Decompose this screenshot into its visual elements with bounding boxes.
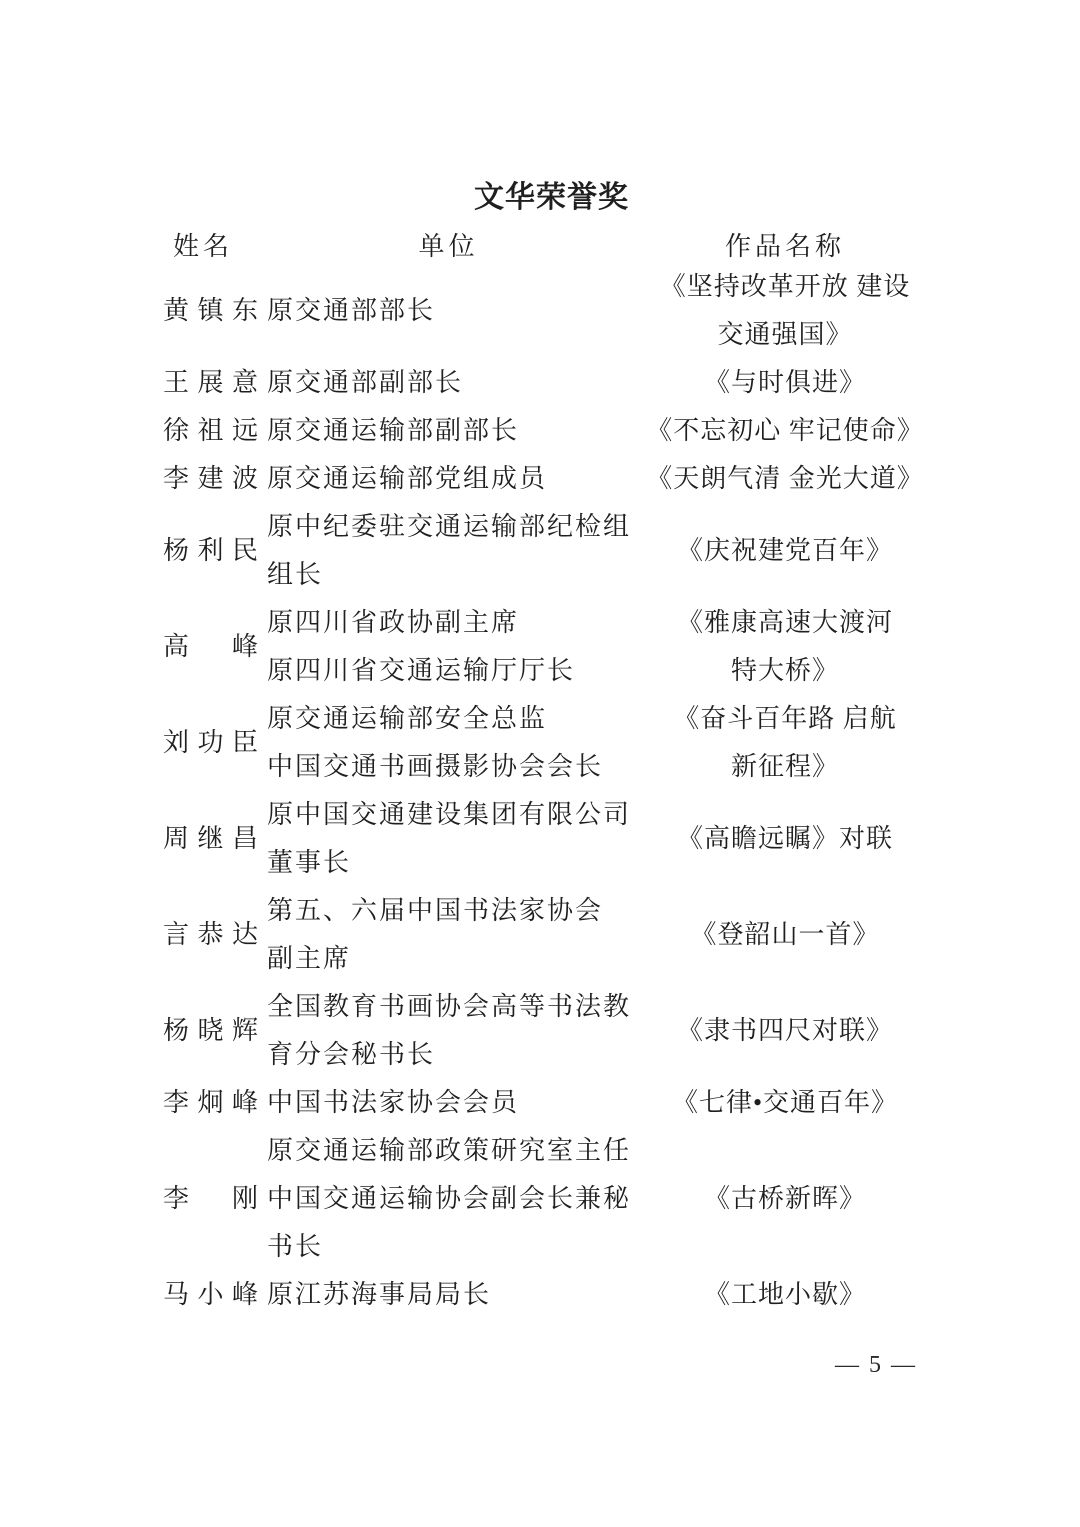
column-header-work: 作品名称 [630,226,940,263]
work-cell: 《庆祝建党百年》 [630,527,940,575]
table-row: 刘功臣 原交通运输部安全总监中国交通书画摄影协会会长 《奋斗百年路 启航新征程》 [163,695,940,791]
work-line: 《庆祝建党百年》 [630,527,940,575]
unit-cell: 中国书法家协会会员 [267,1079,630,1127]
table-row: 高 峰 原四川省政协副主席原四川省交通运输厅厅长 《雅康高速大渡河特大桥》 [163,599,940,695]
name-cell: 李 刚 [163,1175,258,1223]
work-cell: 《奋斗百年路 启航新征程》 [630,695,940,791]
work-cell: 《天朗气清 金光大道》 [630,455,940,503]
unit-line: 中国交通书画摄影协会会长 [267,743,630,791]
work-line: 《古桥新晖》 [630,1175,940,1223]
unit-cell: 原中国交通建设集团有限公司董事长 [267,791,630,887]
award-table: 姓名 单位 作品名称 黄镇东 原交通部部长 《坚持改革开放 建设交通强国》 王展… [163,226,940,1319]
unit-cell: 原交通运输部政策研究室主任中国交通运输协会副会长兼秘书长 [267,1127,630,1271]
table-row: 徐祖远 原交通运输部副部长 《不忘初心 牢记使命》 [163,407,940,455]
name-cell: 言恭达 [163,911,258,959]
unit-cell: 原江苏海事局局长 [267,1271,630,1319]
work-line: 《与时俱进》 [630,359,940,407]
unit-line: 育分会秘书长 [267,1031,630,1079]
unit-line: 组长 [267,551,630,599]
unit-cell: 原四川省政协副主席原四川省交通运输厅厅长 [267,599,630,695]
page-title: 文华荣誉奖 [163,178,940,218]
work-line: 交通强国》 [630,311,940,359]
name-cell: 王展意 [163,359,258,407]
name-cell: 周继昌 [163,815,258,863]
unit-line: 原交通部部长 [267,287,630,335]
unit-line: 全国教育书画协会高等书法教 [267,983,630,1031]
table-row: 杨利民 原中纪委驻交通运输部纪检组组长 《庆祝建党百年》 [163,503,940,599]
work-line: 《雅康高速大渡河 [630,599,940,647]
table-row: 李 刚 原交通运输部政策研究室主任中国交通运输协会副会长兼秘书长 《古桥新晖》 [163,1127,940,1271]
work-cell: 《工地小歇》 [630,1271,940,1319]
work-cell: 《不忘初心 牢记使命》 [630,407,940,455]
unit-line: 第五、六届中国书法家协会 [267,887,630,935]
unit-line: 中国交通运输协会副会长兼秘 [267,1175,630,1223]
unit-line: 副主席 [267,935,630,983]
table-row: 黄镇东 原交通部部长 《坚持改革开放 建设交通强国》 [163,263,940,359]
column-header-unit: 单位 [267,226,630,263]
work-line: 《坚持改革开放 建设 [630,263,940,311]
unit-line: 原交通运输部安全总监 [267,695,630,743]
name-cell: 杨利民 [163,527,258,575]
name-cell: 黄镇东 [163,287,258,335]
work-cell: 《高瞻远瞩》对联 [630,815,940,863]
work-line: 新征程》 [630,743,940,791]
document-page: 文华荣誉奖 姓名 单位 作品名称 黄镇东 原交通部部长 《坚持改革开放 建设交通… [0,0,1080,1527]
work-line: 《高瞻远瞩》对联 [630,815,940,863]
work-line: 《奋斗百年路 启航 [630,695,940,743]
column-header-name: 姓名 [163,226,267,263]
work-cell: 《与时俱进》 [630,359,940,407]
work-cell: 《隶书四尺对联》 [630,1007,940,1055]
work-cell: 《登韶山一首》 [630,911,940,959]
unit-cell: 原中纪委驻交通运输部纪检组组长 [267,503,630,599]
name-cell: 马小峰 [163,1271,258,1319]
document-content: 文华荣誉奖 姓名 单位 作品名称 黄镇东 原交通部部长 《坚持改革开放 建设交通… [163,0,940,1319]
unit-line: 原中纪委驻交通运输部纪检组 [267,503,630,551]
table-row: 周继昌 原中国交通建设集团有限公司董事长 《高瞻远瞩》对联 [163,791,940,887]
unit-line: 董事长 [267,839,630,887]
award-table-body: 黄镇东 原交通部部长 《坚持改革开放 建设交通强国》 王展意 原交通部副部长 《… [163,263,940,1319]
work-cell: 《七律•交通百年》 [630,1079,940,1127]
unit-line: 原交通运输部副部长 [267,407,630,455]
unit-line: 原中国交通建设集团有限公司 [267,791,630,839]
unit-cell: 原交通运输部安全总监中国交通书画摄影协会会长 [267,695,630,791]
unit-cell: 原交通运输部副部长 [267,407,630,455]
table-row: 言恭达 第五、六届中国书法家协会副主席 《登韶山一首》 [163,887,940,983]
name-cell: 杨晓辉 [163,1007,258,1055]
table-row: 马小峰 原江苏海事局局长 《工地小歇》 [163,1271,940,1319]
unit-cell: 第五、六届中国书法家协会副主席 [267,887,630,983]
work-cell: 《雅康高速大渡河特大桥》 [630,599,940,695]
unit-line: 原江苏海事局局长 [267,1271,630,1319]
unit-cell: 原交通运输部党组成员 [267,455,630,503]
unit-line: 原交通部副部长 [267,359,630,407]
name-cell: 李炯峰 [163,1079,258,1127]
table-row: 李炯峰 中国书法家协会会员 《七律•交通百年》 [163,1079,940,1127]
name-cell: 李建波 [163,455,258,503]
unit-line: 原交通运输部政策研究室主任 [267,1127,630,1175]
work-line: 《天朗气清 金光大道》 [630,455,940,503]
unit-line: 原四川省交通运输厅厅长 [267,647,630,695]
work-line: 《隶书四尺对联》 [630,1007,940,1055]
table-row: 杨晓辉 全国教育书画协会高等书法教育分会秘书长 《隶书四尺对联》 [163,983,940,1079]
table-header-row: 姓名 单位 作品名称 [163,226,940,263]
work-cell: 《坚持改革开放 建设交通强国》 [630,263,940,359]
work-line: 《工地小歇》 [630,1271,940,1319]
unit-line: 原四川省政协副主席 [267,599,630,647]
unit-line: 书长 [267,1223,630,1271]
table-row: 李建波 原交通运输部党组成员 《天朗气清 金光大道》 [163,455,940,503]
unit-line: 中国书法家协会会员 [267,1079,630,1127]
page-number: — 5 — [835,1352,917,1379]
name-cell: 徐祖远 [163,407,258,455]
unit-cell: 原交通部副部长 [267,359,630,407]
work-line: 《不忘初心 牢记使命》 [630,407,940,455]
name-cell: 高 峰 [163,623,258,671]
table-row: 王展意 原交通部副部长 《与时俱进》 [163,359,940,407]
name-cell: 刘功臣 [163,719,258,767]
unit-cell: 原交通部部长 [267,287,630,335]
work-line: 《登韶山一首》 [630,911,940,959]
unit-line: 原交通运输部党组成员 [267,455,630,503]
work-line: 特大桥》 [630,647,940,695]
work-line: 《七律•交通百年》 [630,1079,940,1127]
unit-cell: 全国教育书画协会高等书法教育分会秘书长 [267,983,630,1079]
work-cell: 《古桥新晖》 [630,1175,940,1223]
